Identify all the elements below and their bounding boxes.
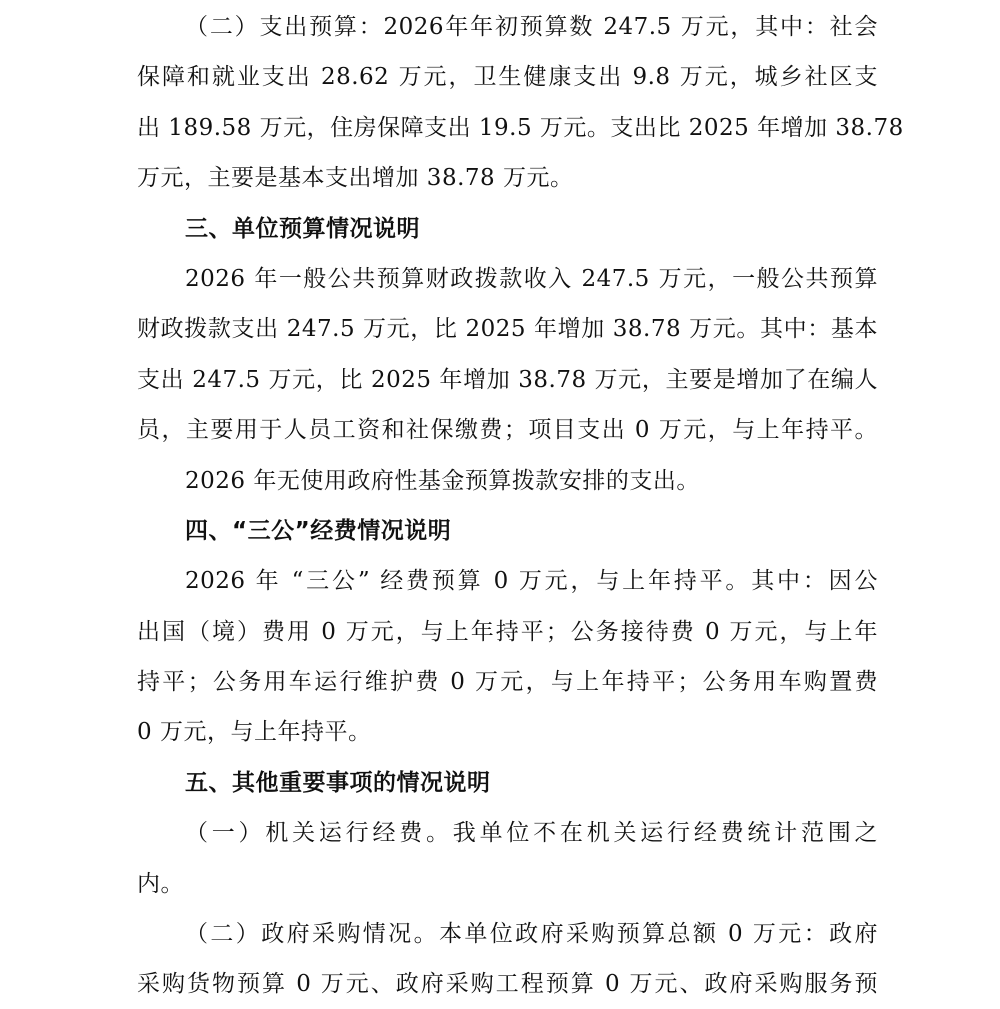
text-line: 持平；公务用车运行维护费 0 万元，与上年持平；公务用车购置费: [137, 657, 878, 707]
three-public-expenses-paragraph: 2026 年 “三公” 经费预算 0 万元，与上年持平。其中：因公 出国（境）费…: [137, 556, 878, 758]
text-line: （二）支出预算：2026年年初预算数 247.5 万元，其中：社会: [137, 2, 878, 52]
text-line: （一）机关运行经费。我单位不在机关运行经费统计范围之: [137, 808, 878, 858]
text-line: 采购货物预算 0 万元、政府采购工程预算 0 万元、政府采购服务预: [137, 959, 878, 1009]
text-line: 2026 年一般公共预算财政拨款收入 247.5 万元，一般公共预算: [137, 254, 878, 304]
text-line: 万元，主要是基本支出增加 38.78 万元。: [137, 153, 878, 203]
text-line: 支出 247.5 万元，比 2025 年增加 38.78 万元，主要是增加了在编…: [137, 355, 878, 405]
document-page: （二）支出预算：2026年年初预算数 247.5 万元，其中：社会 保障和就业支…: [137, 2, 878, 1009]
government-fund-paragraph: 2026 年无使用政府性基金预算拨款安排的支出。: [137, 456, 878, 506]
expenditure-budget-paragraph: （二）支出预算：2026年年初预算数 247.5 万元，其中：社会 保障和就业支…: [137, 2, 878, 204]
text-line: 出 189.58 万元，住房保障支出 19.5 万元。支出比 2025 年增加 …: [137, 103, 878, 153]
text-line: （二）政府采购情况。本单位政府采购预算总额 0 万元：政府: [137, 909, 878, 959]
operating-expenses-paragraph: （一）机关运行经费。我单位不在机关运行经费统计范围之 内。: [137, 808, 878, 909]
section-5-heading: 五、其他重要事项的情况说明: [137, 758, 878, 808]
text-line: 0 万元，与上年持平。: [137, 707, 878, 757]
procurement-paragraph: （二）政府采购情况。本单位政府采购预算总额 0 万元：政府 采购货物预算 0 万…: [137, 909, 878, 1009]
unit-budget-paragraph: 2026 年一般公共预算财政拨款收入 247.5 万元，一般公共预算 财政拨款支…: [137, 254, 878, 456]
text-line: 保障和就业支出 28.62 万元，卫生健康支出 9.8 万元，城乡社区支: [137, 52, 878, 102]
text-line: 2026 年无使用政府性基金预算拨款安排的支出。: [137, 456, 878, 506]
text-line: 内。: [137, 859, 878, 909]
text-line: 员，主要用于人员工资和社保缴费；项目支出 0 万元，与上年持平。: [137, 405, 878, 455]
section-3-heading: 三、单位预算情况说明: [137, 204, 878, 254]
section-4-heading: 四、“三公”经费情况说明: [137, 506, 878, 556]
text-line: 2026 年 “三公” 经费预算 0 万元，与上年持平。其中：因公: [137, 556, 878, 606]
text-line: 财政拨款支出 247.5 万元，比 2025 年增加 38.78 万元。其中：基…: [137, 304, 878, 354]
text-line: 出国（境）费用 0 万元，与上年持平；公务接待费 0 万元，与上年: [137, 607, 878, 657]
